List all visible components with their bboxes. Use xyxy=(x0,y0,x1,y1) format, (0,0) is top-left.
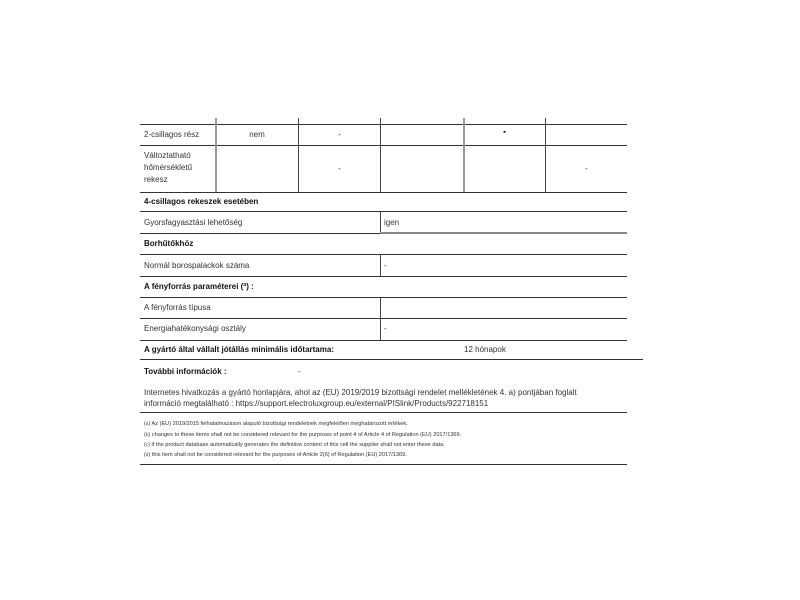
footnote: (c) if the product database automaticall… xyxy=(144,441,445,449)
row-label-line: hőmérsékletű xyxy=(144,163,192,173)
section-divider xyxy=(140,464,627,465)
row-label: 2-csillagos rész xyxy=(144,130,199,140)
footnote-text: if the product database automatically ge… xyxy=(152,442,445,448)
footnote: (b) changes to these items shall not be … xyxy=(144,431,461,439)
column-divider xyxy=(545,118,546,192)
table-cell: nem xyxy=(216,130,298,140)
section-heading: Borhűtőkhöz xyxy=(144,239,193,249)
row-value: - xyxy=(384,261,387,271)
footnote-mark: a xyxy=(146,421,149,426)
row-label: Energiahatékonysági osztály xyxy=(144,324,246,334)
table-border xyxy=(140,359,643,360)
row-label-line: Változtatható xyxy=(144,151,191,161)
table-cell: ▪ xyxy=(464,128,545,138)
table-border xyxy=(140,124,627,125)
table-border xyxy=(140,318,627,319)
row-label: Gyorsfagyasztási lehetőség xyxy=(144,218,242,228)
footnote-text: Az (EU) 2019/2015 felhatalmazáson alapul… xyxy=(152,421,408,427)
warranty-label: A gyártó által vállalt jótállás minimáli… xyxy=(144,345,334,355)
table-cell: - xyxy=(299,164,380,174)
table-border xyxy=(140,233,380,234)
footnote-mark: c xyxy=(146,442,148,447)
additional-info-label: További információk : xyxy=(144,367,227,377)
additional-info-link-line[interactable]: információ megtalálható : https://suppor… xyxy=(144,399,488,409)
table-border xyxy=(140,211,627,212)
row-value: igen xyxy=(384,218,399,228)
table-border xyxy=(140,254,627,255)
warranty-value: 12 hónapok xyxy=(464,345,506,355)
table-border xyxy=(380,232,627,234)
section-heading: 4-csillagos rekeszek esetében xyxy=(144,197,258,207)
footnote-mark: b xyxy=(146,432,149,437)
footnote-mark: d xyxy=(146,452,149,457)
section-divider xyxy=(140,412,627,413)
row-value: - xyxy=(384,324,387,334)
footnote-text: changes to these items shall not be cons… xyxy=(152,432,461,438)
table-border xyxy=(140,145,627,146)
table-cell: - xyxy=(546,164,627,174)
footnote: (a) Az (EU) 2019/2015 felhatalmazáson al… xyxy=(144,420,408,428)
row-label: Normál borospalackok száma xyxy=(144,261,249,271)
column-divider xyxy=(380,211,381,233)
column-divider xyxy=(380,254,381,276)
footnote: (d) this item shall not be considered re… xyxy=(144,451,407,459)
section-heading: A fényforrás paraméterei (ª) : xyxy=(144,282,254,292)
additional-info-value: - xyxy=(298,367,301,377)
footnote-text: this item shall not be considered releva… xyxy=(152,452,407,458)
row-label-line: rekesz xyxy=(144,175,168,185)
column-divider xyxy=(380,118,381,192)
additional-info-text-line: Internetes hivatkozás a gyártó honlapjár… xyxy=(144,388,577,398)
table-cell: - xyxy=(299,130,380,140)
table-border xyxy=(140,297,627,298)
table-border xyxy=(140,340,627,341)
row-label: A fényforrás típusa xyxy=(144,303,211,313)
table-border xyxy=(140,192,627,193)
table-border xyxy=(140,276,627,277)
